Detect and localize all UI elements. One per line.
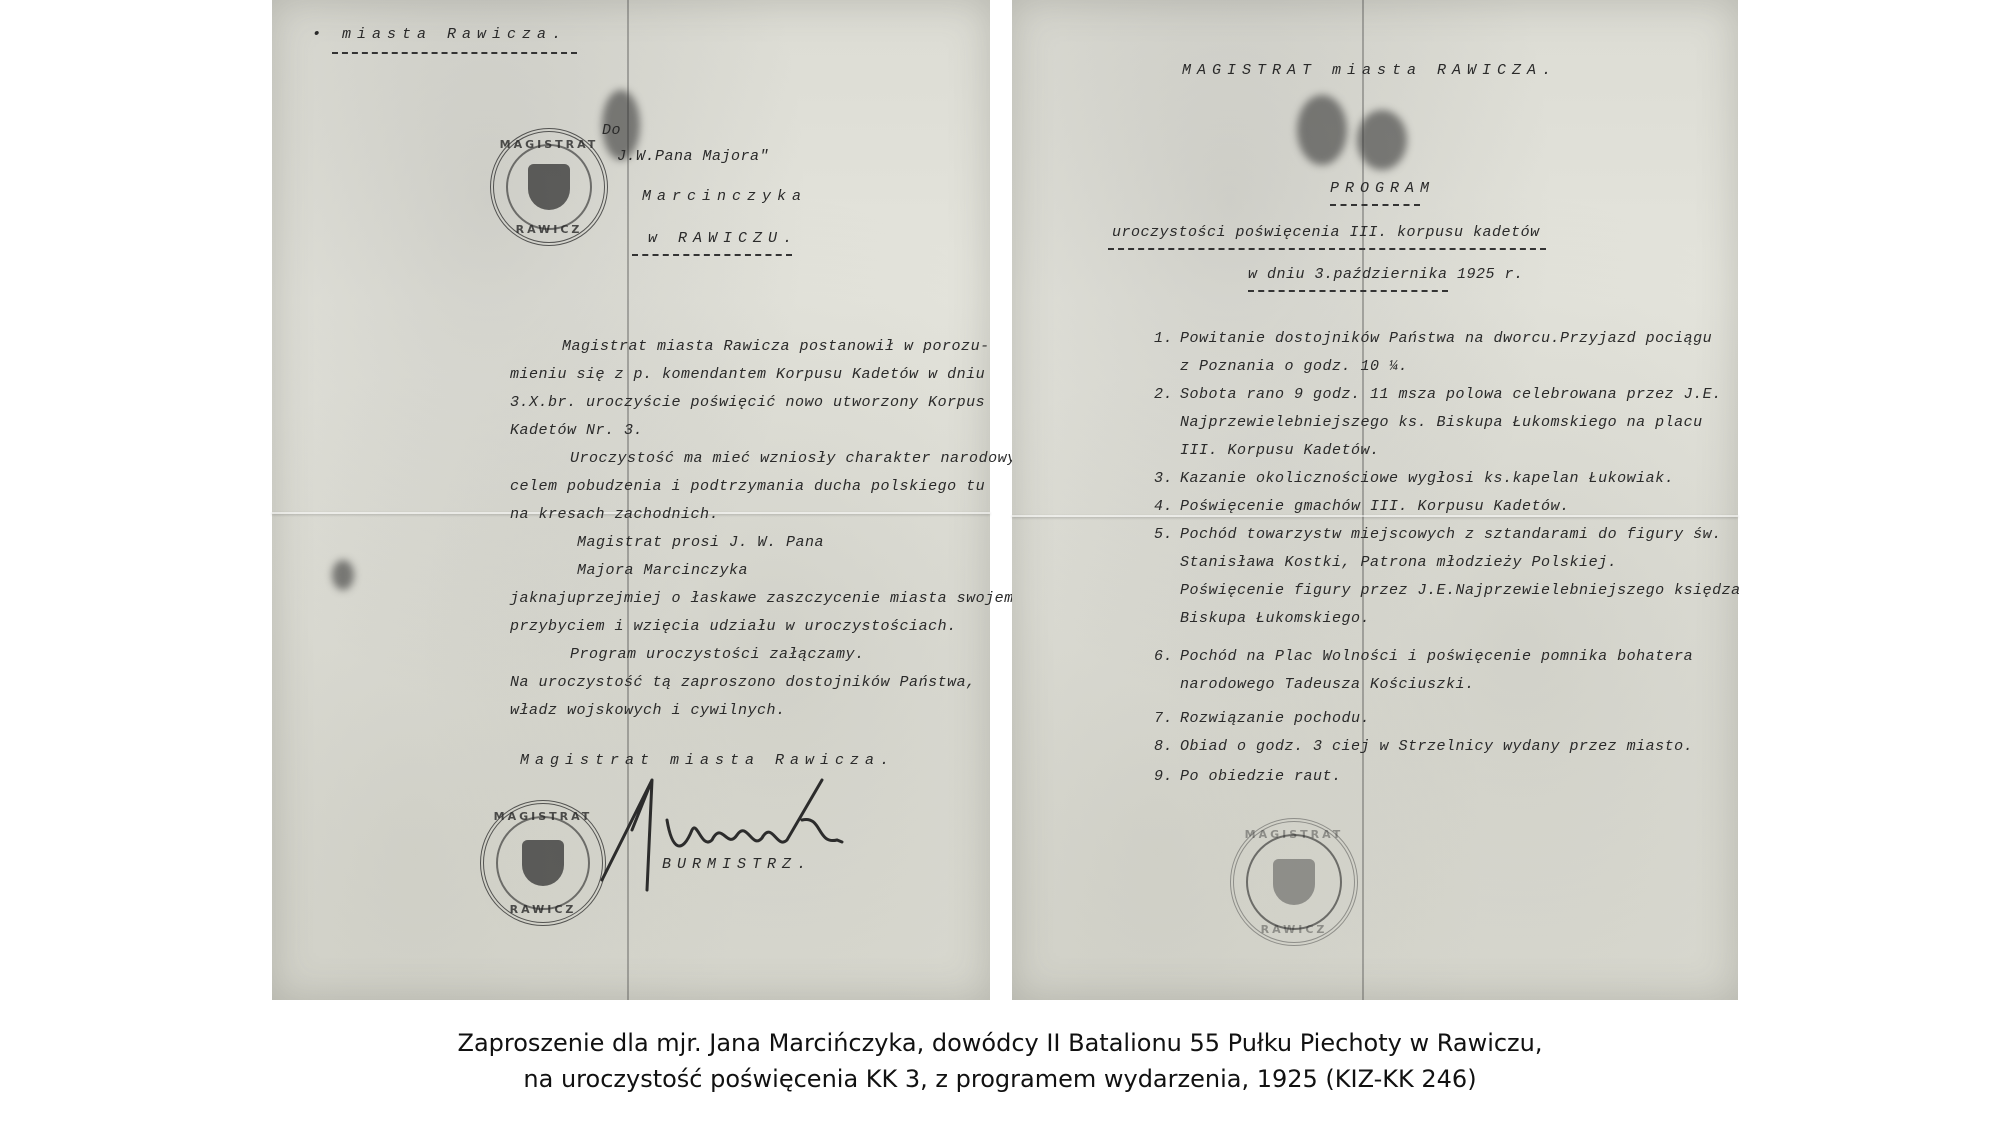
item-line: Poświęcenie gmachów III. Korpusu Kadetów… — [1180, 498, 1570, 515]
program-date: w dniu 3.października 1925 r. — [1248, 266, 1524, 283]
signature-title: BURMISTRZ. — [662, 856, 812, 873]
body-line: Majora Marcinczyka — [577, 562, 748, 579]
addressee-line-1: J.W.Pana Majora" — [617, 148, 769, 165]
program-subtitle: uroczystości poświęcenia III. korpusu ka… — [1112, 224, 1540, 241]
item-line: Rozwiązanie pochodu. — [1180, 710, 1370, 727]
item-line: Pochód na Plac Wolności i poświęcenie po… — [1180, 648, 1693, 665]
official-stamp-faint: MAGISTRAT RAWICZ — [1230, 818, 1358, 946]
body-line: jaknajuprzejmiej o łaskawe zaszczycenie … — [510, 590, 1014, 607]
program-title: PROGRAM — [1330, 180, 1435, 197]
title-underline — [1330, 204, 1420, 206]
mayor-signature — [592, 760, 912, 900]
date-underline — [1248, 290, 1448, 292]
official-stamp-top: MAGISTRAT RAWICZ — [490, 128, 608, 246]
item-number: 9. — [1154, 768, 1173, 785]
addressee-line-3: w RAWICZU. — [648, 230, 798, 247]
item-line: Najprzewielebniejszego ks. Biskupa Łukom… — [1180, 414, 1703, 431]
body-line: mieniu się z p. komendantem Korpusu Kade… — [510, 366, 985, 383]
body-line: przybyciem i wzięcia udziału w uroczysto… — [510, 618, 957, 635]
item-number: 1. — [1154, 330, 1173, 347]
item-line: Obiad o godz. 3 ciej w Strzelnicy wydany… — [1180, 738, 1693, 755]
item-line: Stanisława Kostki, Patrona młodzieży Pol… — [1180, 554, 1617, 571]
fold-line-horizontal — [1012, 515, 1738, 517]
item-line: Kazanie okolicznościowe wygłosi ks.kapel… — [1180, 470, 1674, 487]
item-number: 5. — [1154, 526, 1173, 543]
item-line: Sobota rano 9 godz. 11 msza polowa celeb… — [1180, 386, 1722, 403]
program-scan: MAGISTRAT miasta RAWICZA. PROGRAM uroczy… — [1012, 0, 1738, 1000]
body-line: Uroczystość ma mieć wzniosły charakter n… — [570, 450, 1017, 467]
item-number: 3. — [1154, 470, 1173, 487]
item-line: Poświęcenie figury przez J.E.Najprzewiel… — [1180, 582, 1741, 599]
body-line: na kresach zachodnich. — [510, 506, 719, 523]
item-line: Pochód towarzystw miejscowych z sztandar… — [1180, 526, 1722, 543]
item-number: 7. — [1154, 710, 1173, 727]
addressee-to: Do — [602, 122, 621, 139]
item-line: Biskupa Łukomskiego. — [1180, 610, 1370, 627]
item-line: Powitanie dostojników Państwa na dworcu.… — [1180, 330, 1712, 347]
body-line: 3.X.br. uroczyście poświęcić nowo utworz… — [510, 394, 985, 411]
ink-smudge — [1357, 110, 1407, 170]
ink-smudge — [1297, 95, 1347, 165]
ink-smudge — [332, 560, 354, 590]
body-line: Magistrat prosi J. W. Pana — [577, 534, 824, 551]
item-number: 2. — [1154, 386, 1173, 403]
caption-line-1: Zaproszenie dla mjr. Jana Marcińczyka, d… — [0, 1026, 2000, 1060]
addressee-underline — [632, 254, 792, 256]
item-line: narodowego Tadeusza Kościuszki. — [1180, 676, 1475, 693]
invitation-letter-scan: • miasta Rawicza. MAGISTRAT RAWICZ Do J.… — [272, 0, 990, 1000]
item-number: 6. — [1154, 648, 1173, 665]
item-line: Po obiedzie raut. — [1180, 768, 1342, 785]
body-line: Na uroczystość tą zaproszono dostojników… — [510, 674, 976, 691]
item-line: III. Korpusu Kadetów. — [1180, 442, 1380, 459]
item-number: 4. — [1154, 498, 1173, 515]
body-line: władz wojskowych i cywilnych. — [510, 702, 786, 719]
item-number: 8. — [1154, 738, 1173, 755]
addressee-line-2: Marcinczyka — [642, 188, 807, 205]
body-line: Kadetów Nr. 3. — [510, 422, 643, 439]
subtitle-underline — [1108, 248, 1546, 250]
program-header: MAGISTRAT miasta RAWICZA. — [1182, 62, 1557, 79]
body-line: Magistrat miasta Rawicza postanowił w po… — [562, 338, 990, 355]
item-line: z Poznania o godz. 10 ¼. — [1180, 358, 1408, 375]
body-line: Program uroczystości załączamy. — [570, 646, 865, 663]
header-underline — [332, 52, 577, 54]
body-line: celem pobudzenia i podtrzymania ducha po… — [510, 478, 985, 495]
caption-line-2: na uroczystość poświęcenia KK 3, z progr… — [0, 1062, 2000, 1096]
official-stamp-bottom: MAGISTRAT RAWICZ — [480, 800, 606, 926]
letter-header: • miasta Rawicza. — [312, 26, 567, 43]
